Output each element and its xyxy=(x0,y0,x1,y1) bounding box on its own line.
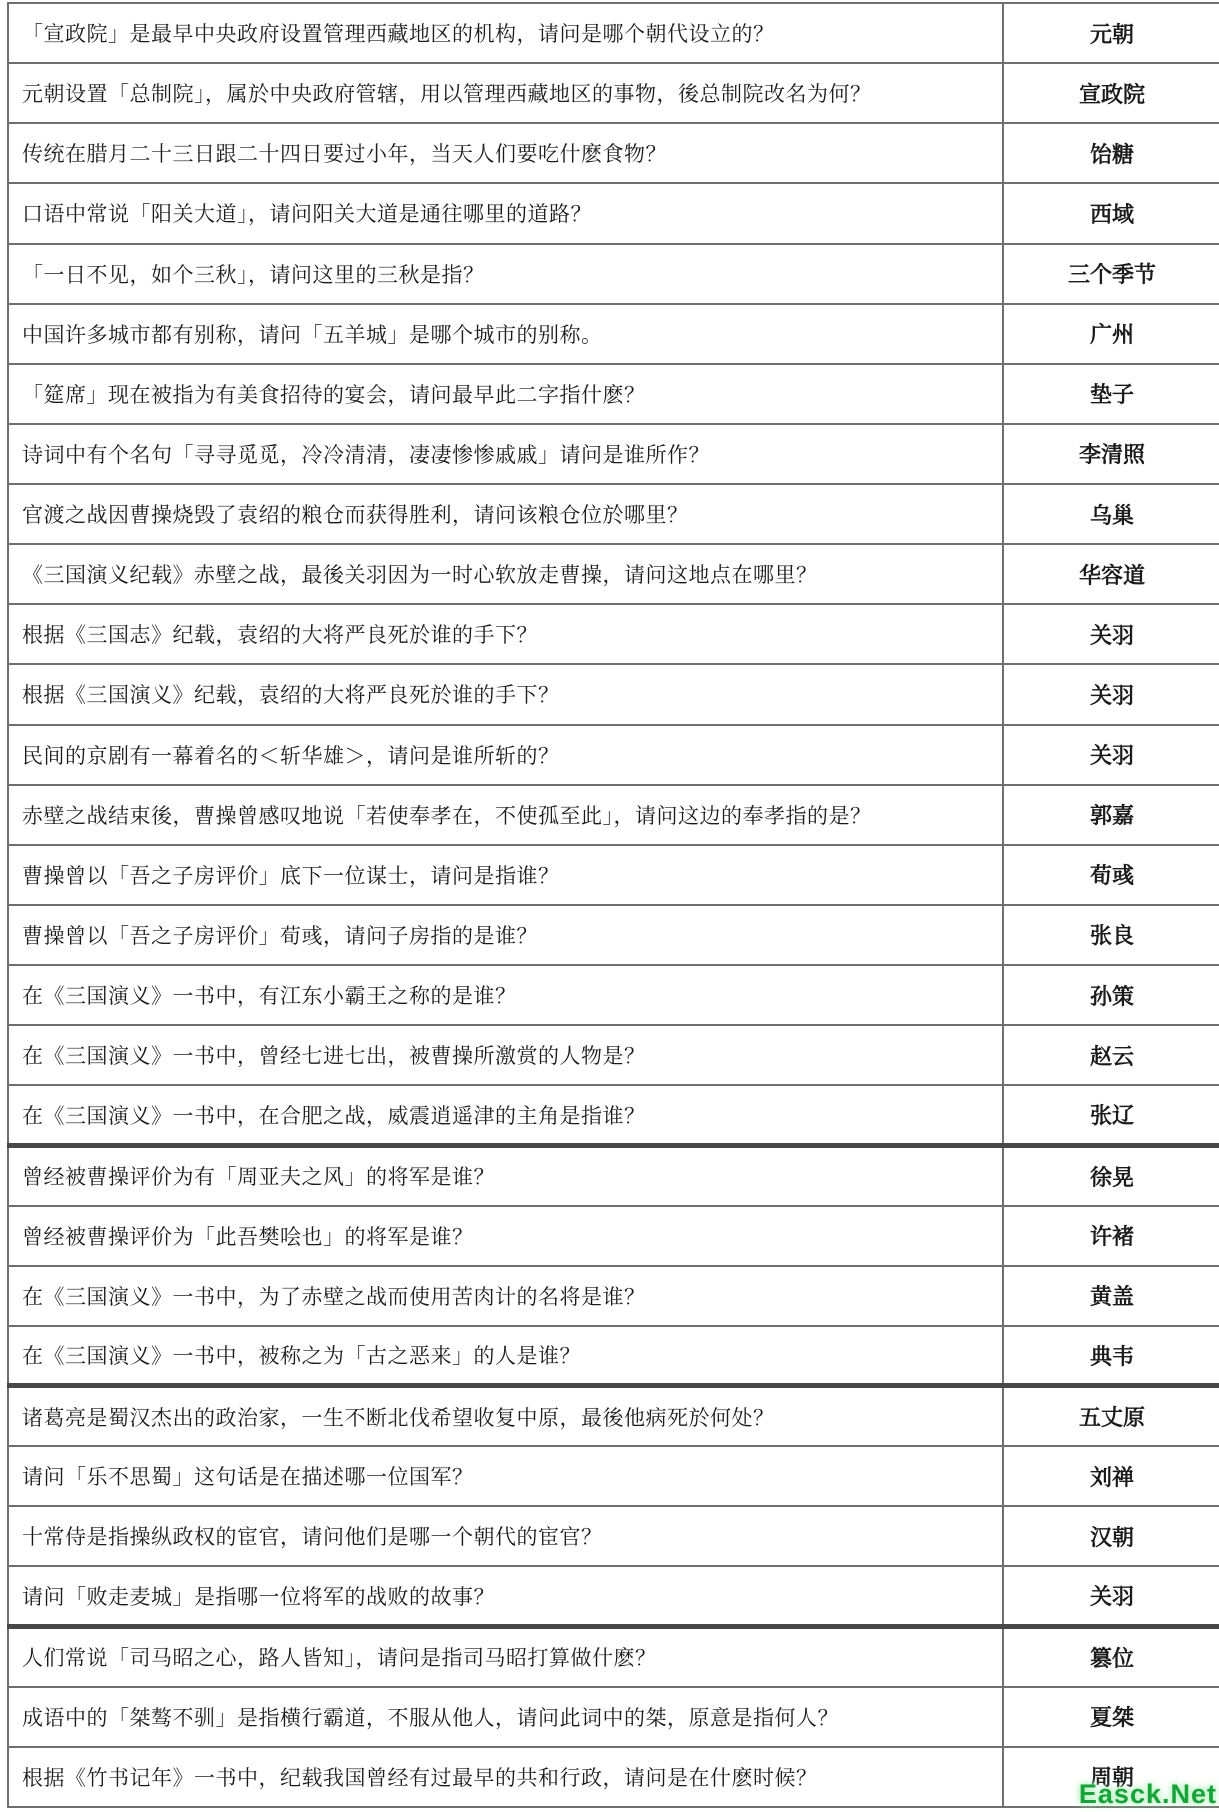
quiz-table-container: 「宣政院」是最早中央政府设置管理西藏地区的机构，请问是哪个朝代设立的？ 元朝 元… xyxy=(7,2,1219,1808)
question-cell: 在《三国演义》一书中，为了赤壁之战而使用苦肉计的名将是谁？ xyxy=(8,1266,1003,1326)
question-cell: 根据《三国演义》纪载，袁绍的大将严良死於谁的手下？ xyxy=(8,664,1003,724)
answer-cell: 关羽 xyxy=(1003,1566,1219,1626)
table-row: 元朝设置「总制院」，属於中央政府管辖，用以管理西藏地区的事物，後总制院改名为何？… xyxy=(8,63,1219,123)
answer-cell: 广州 xyxy=(1003,304,1219,364)
table-row: 《三国演义纪载》赤壁之战，最後关羽因为一时心软放走曹操，请问这地点在哪里？ 华容… xyxy=(8,544,1219,604)
question-cell: 根据《三国志》纪载，袁绍的大将严良死於谁的手下？ xyxy=(8,604,1003,664)
watermark-logo: Easck.Net xyxy=(1079,1779,1217,1810)
table-row: 根据《三国志》纪载，袁绍的大将严良死於谁的手下？ 关羽 xyxy=(8,604,1219,664)
table-row: 官渡之战因曹操烧毁了袁绍的粮仓而获得胜利，请问该粮仓位於哪里？ 乌巢 xyxy=(8,484,1219,544)
question-cell: 成语中的「桀骜不驯」是指横行霸道，不服从他人，请问此词中的桀，原意是指何人？ xyxy=(8,1687,1003,1747)
answer-cell: 许褚 xyxy=(1003,1206,1219,1266)
question-cell: 《三国演义纪载》赤壁之战，最後关羽因为一时心软放走曹操，请问这地点在哪里？ xyxy=(8,544,1003,604)
table-row: 曾经被曹操评价为「此吾樊哙也」的将军是谁？ 许褚 xyxy=(8,1206,1219,1266)
answer-cell: 关羽 xyxy=(1003,725,1219,785)
table-row: 诗词中有个名句「寻寻觅觅，冷冷清清，凄凄惨惨戚戚」请问是谁所作？ 李清照 xyxy=(8,424,1219,484)
question-cell: 曾经被曹操评价为「此吾樊哙也」的将军是谁？ xyxy=(8,1206,1003,1266)
table-row: 传统在腊月二十三日跟二十四日要过小年，当天人们要吃什麽食物？ 饴糖 xyxy=(8,123,1219,183)
table-row: 民间的京剧有一幕着名的＜斩华雄＞，请问是谁所斩的？ 关羽 xyxy=(8,725,1219,785)
answer-cell: 华容道 xyxy=(1003,544,1219,604)
question-cell: 曹操曾以「吾之子房评价」底下一位谋士，请问是指谁？ xyxy=(8,845,1003,905)
question-cell: 请问「乐不思蜀」这句话是在描述哪一位国军？ xyxy=(8,1446,1003,1506)
table-row: 在《三国演义》一书中，在合肥之战，威震逍遥津的主角是指谁？ 张辽 xyxy=(8,1085,1219,1145)
answer-cell: 宣政院 xyxy=(1003,63,1219,123)
question-cell: 在《三国演义》一书中，曾经七进七出，被曹操所激赏的人物是？ xyxy=(8,1025,1003,1085)
question-cell: 「一日不见，如个三秋」，请问这里的三秋是指？ xyxy=(8,244,1003,304)
table-row: 诸葛亮是蜀汉杰出的政治家，一生不断北伐希望收复中原，最後他病死於何处？ 五丈原 xyxy=(8,1386,1219,1446)
answer-cell: 夏桀 xyxy=(1003,1687,1219,1747)
question-cell: 官渡之战因曹操烧毁了袁绍的粮仓而获得胜利，请问该粮仓位於哪里？ xyxy=(8,484,1003,544)
answer-cell: 郭嘉 xyxy=(1003,785,1219,845)
question-cell: 根据《竹书记年》一书中，纪载我国曾经有过最早的共和行政，请问是在什麽时候？ xyxy=(8,1747,1003,1807)
question-cell: 人们常说「司马昭之心，路人皆知」，请问是指司马昭打算做什麽？ xyxy=(8,1626,1003,1686)
question-cell: 诸葛亮是蜀汉杰出的政治家，一生不断北伐希望收复中原，最後他病死於何处？ xyxy=(8,1386,1003,1446)
question-cell: 传统在腊月二十三日跟二十四日要过小年，当天人们要吃什麽食物？ xyxy=(8,123,1003,183)
table-row: 「筵席」现在被指为有美食招待的宴会，请问最早此二字指什麽？ 垫子 xyxy=(8,364,1219,424)
answer-cell: 乌巢 xyxy=(1003,484,1219,544)
table-row: 人们常说「司马昭之心，路人皆知」，请问是指司马昭打算做什麽？ 篡位 xyxy=(8,1626,1219,1686)
question-cell: 「宣政院」是最早中央政府设置管理西藏地区的机构，请问是哪个朝代设立的？ xyxy=(8,3,1003,63)
answer-cell: 饴糖 xyxy=(1003,123,1219,183)
answer-cell: 李清照 xyxy=(1003,424,1219,484)
question-cell: 曹操曾以「吾之子房评价」荀彧，请问子房指的是谁？ xyxy=(8,905,1003,965)
question-cell: 赤壁之战结束後，曹操曾感叹地说「若使奉孝在，不使孤至此」，请问这边的奉孝指的是？ xyxy=(8,785,1003,845)
table-row: 根据《竹书记年》一书中，纪载我国曾经有过最早的共和行政，请问是在什麽时候？ 周朝 xyxy=(8,1747,1219,1807)
answer-cell: 关羽 xyxy=(1003,664,1219,724)
question-cell: 口语中常说「阳关大道」，请问阳关大道是通往哪里的道路？ xyxy=(8,183,1003,243)
question-cell: 民间的京剧有一幕着名的＜斩华雄＞，请问是谁所斩的？ xyxy=(8,725,1003,785)
question-cell: 元朝设置「总制院」，属於中央政府管辖，用以管理西藏地区的事物，後总制院改名为何？ xyxy=(8,63,1003,123)
answer-cell: 关羽 xyxy=(1003,604,1219,664)
table-row: 「宣政院」是最早中央政府设置管理西藏地区的机构，请问是哪个朝代设立的？ 元朝 xyxy=(8,3,1219,63)
answer-cell: 元朝 xyxy=(1003,3,1219,63)
table-row: 在《三国演义》一书中，被称之为「古之恶来」的人是谁？ 典韦 xyxy=(8,1326,1219,1386)
question-cell: 在《三国演义》一书中，被称之为「古之恶来」的人是谁？ xyxy=(8,1326,1003,1386)
answer-cell: 垫子 xyxy=(1003,364,1219,424)
table-row: 中国许多城市都有别称，请问「五羊城」是哪个城市的别称。 广州 xyxy=(8,304,1219,364)
table-row: 曾经被曹操评价为有「周亚夫之风」的将军是谁？ 徐晃 xyxy=(8,1145,1219,1205)
answer-cell: 张良 xyxy=(1003,905,1219,965)
answer-cell: 黄盖 xyxy=(1003,1266,1219,1326)
table-row: 十常侍是指操纵政权的宦官，请问他们是哪一个朝代的宦官？ 汉朝 xyxy=(8,1506,1219,1566)
table-row: 口语中常说「阳关大道」，请问阳关大道是通往哪里的道路？ 西域 xyxy=(8,183,1219,243)
table-row: 成语中的「桀骜不驯」是指横行霸道，不服从他人，请问此词中的桀，原意是指何人？ 夏… xyxy=(8,1687,1219,1747)
answer-cell: 典韦 xyxy=(1003,1326,1219,1386)
question-cell: 曾经被曹操评价为有「周亚夫之风」的将军是谁？ xyxy=(8,1145,1003,1205)
answer-cell: 荀彧 xyxy=(1003,845,1219,905)
table-row: 在《三国演义》一书中，有江东小霸王之称的是谁？ 孙策 xyxy=(8,965,1219,1025)
table-row: 曹操曾以「吾之子房评价」底下一位谋士，请问是指谁？ 荀彧 xyxy=(8,845,1219,905)
table-row: 请问「败走麦城」是指哪一位将军的战败的故事？ 关羽 xyxy=(8,1566,1219,1626)
question-cell: 「筵席」现在被指为有美食招待的宴会，请问最早此二字指什麽？ xyxy=(8,364,1003,424)
answer-cell: 汉朝 xyxy=(1003,1506,1219,1566)
answer-cell: 孙策 xyxy=(1003,965,1219,1025)
question-cell: 在《三国演义》一书中，有江东小霸王之称的是谁？ xyxy=(8,965,1003,1025)
question-cell: 中国许多城市都有别称，请问「五羊城」是哪个城市的别称。 xyxy=(8,304,1003,364)
table-row: 曹操曾以「吾之子房评价」荀彧，请问子房指的是谁？ 张良 xyxy=(8,905,1219,965)
question-cell: 请问「败走麦城」是指哪一位将军的战败的故事？ xyxy=(8,1566,1003,1626)
question-cell: 在《三国演义》一书中，在合肥之战，威震逍遥津的主角是指谁？ xyxy=(8,1085,1003,1145)
table-row: 「一日不见，如个三秋」，请问这里的三秋是指？ 三个季节 xyxy=(8,244,1219,304)
table-row: 请问「乐不思蜀」这句话是在描述哪一位国军？ 刘禅 xyxy=(8,1446,1219,1506)
quiz-table: 「宣政院」是最早中央政府设置管理西藏地区的机构，请问是哪个朝代设立的？ 元朝 元… xyxy=(7,2,1219,1808)
table-row: 赤壁之战结束後，曹操曾感叹地说「若使奉孝在，不使孤至此」，请问这边的奉孝指的是？… xyxy=(8,785,1219,845)
answer-cell: 张辽 xyxy=(1003,1085,1219,1145)
table-row: 在《三国演义》一书中，曾经七进七出，被曹操所激赏的人物是？ 赵云 xyxy=(8,1025,1219,1085)
table-row: 根据《三国演义》纪载，袁绍的大将严良死於谁的手下？ 关羽 xyxy=(8,664,1219,724)
answer-cell: 篡位 xyxy=(1003,1626,1219,1686)
table-row: 在《三国演义》一书中，为了赤壁之战而使用苦肉计的名将是谁？ 黄盖 xyxy=(8,1266,1219,1326)
question-cell: 诗词中有个名句「寻寻觅觅，冷冷清清，凄凄惨惨戚戚」请问是谁所作？ xyxy=(8,424,1003,484)
answer-cell: 刘禅 xyxy=(1003,1446,1219,1506)
answer-cell: 三个季节 xyxy=(1003,244,1219,304)
answer-cell: 徐晃 xyxy=(1003,1145,1219,1205)
answer-cell: 西域 xyxy=(1003,183,1219,243)
answer-cell: 五丈原 xyxy=(1003,1386,1219,1446)
quiz-table-body: 「宣政院」是最早中央政府设置管理西藏地区的机构，请问是哪个朝代设立的？ 元朝 元… xyxy=(8,3,1219,1807)
question-cell: 十常侍是指操纵政权的宦官，请问他们是哪一个朝代的宦官？ xyxy=(8,1506,1003,1566)
answer-cell: 赵云 xyxy=(1003,1025,1219,1085)
